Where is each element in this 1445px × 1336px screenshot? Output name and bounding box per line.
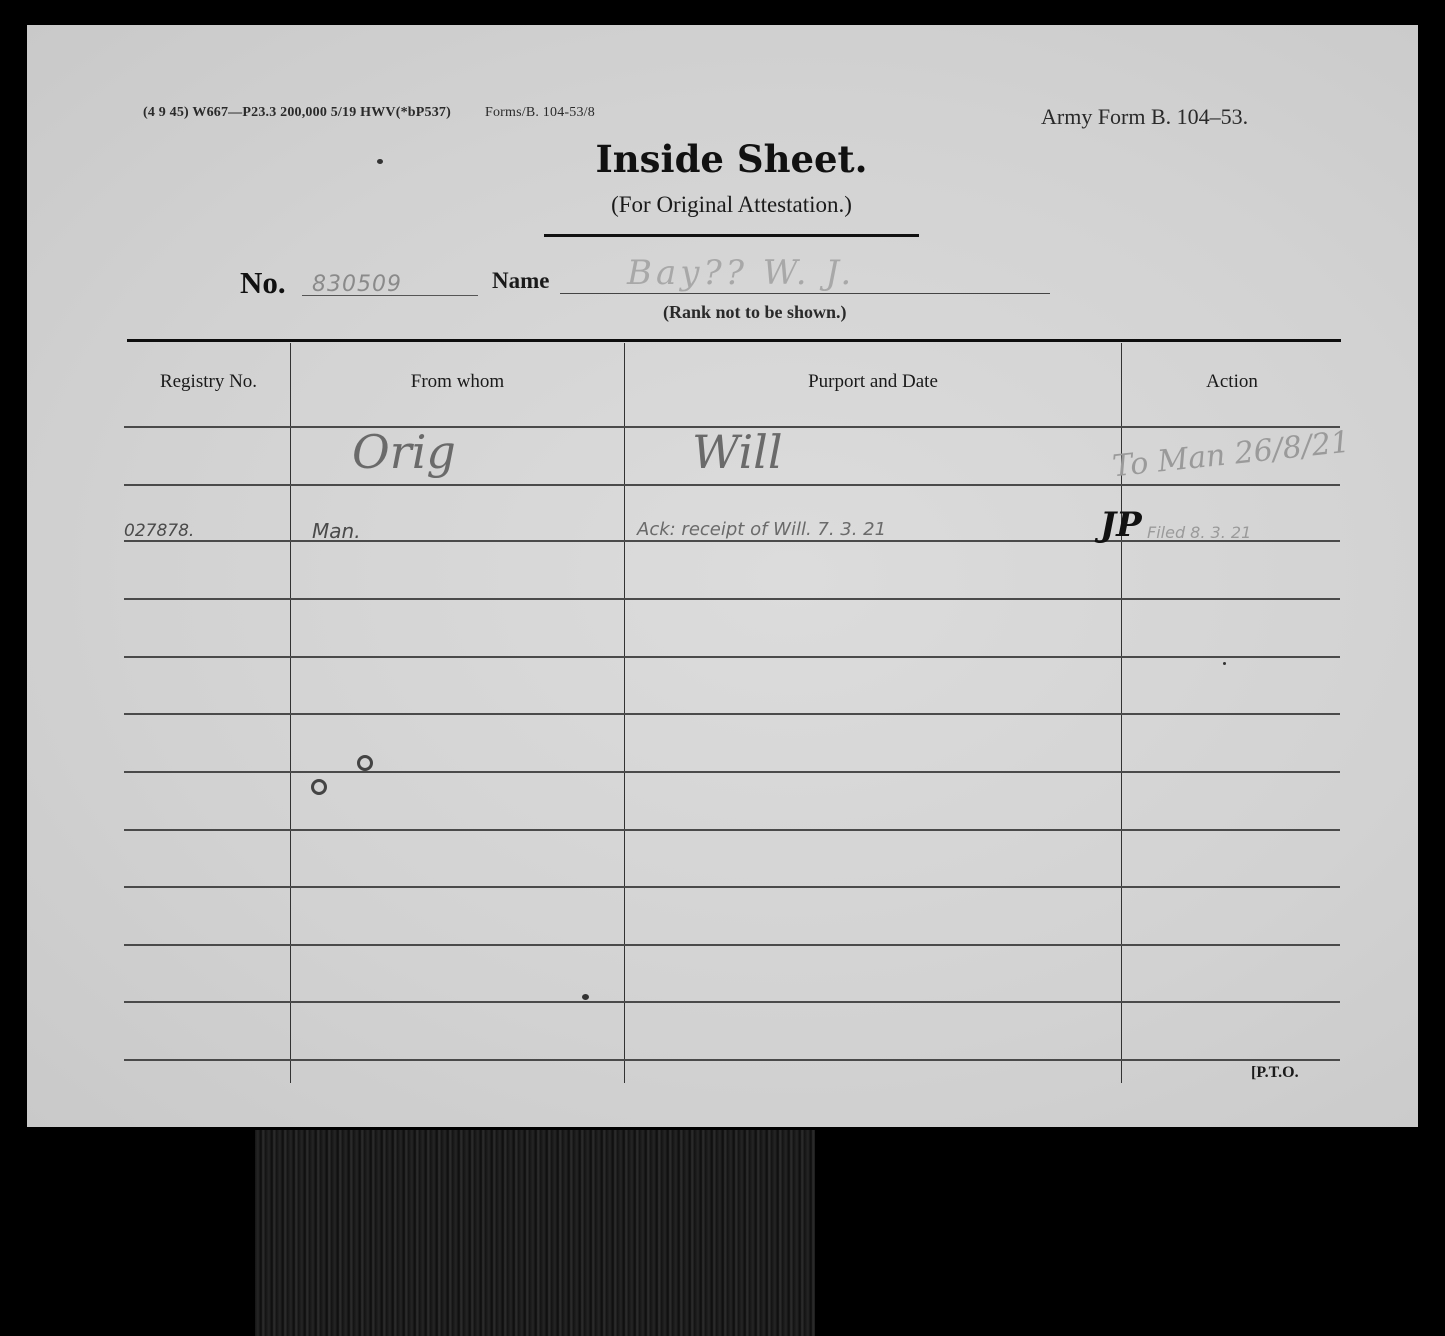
row1-purport: Will: [692, 425, 783, 479]
forms-reference: Forms/B. 104-53/8: [485, 105, 595, 120]
row-line: [124, 886, 1340, 888]
print-code: (4 9 45) W667—P23.3 200,000 5/19 HWV(*bP…: [143, 105, 595, 121]
row-line: [124, 944, 1340, 946]
service-number-value: 830509: [312, 272, 402, 297]
please-turn-over: [P.T.O.: [1251, 1064, 1299, 1082]
row-line: [124, 713, 1340, 715]
name-label: Name: [492, 268, 549, 294]
scan-background-noise: [255, 1130, 815, 1336]
rank-note: (Rank not to be shown.): [663, 302, 847, 323]
header-purport-date: Purport and Date: [625, 371, 1121, 393]
army-form-id: Army Form B. 104–53.: [1041, 104, 1248, 130]
name-value: Bay?? W. J.: [627, 253, 855, 293]
row2-purport: Ack: receipt of Will. 7. 3. 21: [637, 519, 886, 540]
form-sheet: (4 9 45) W667—P23.3 200,000 5/19 HWV(*bP…: [27, 25, 1418, 1127]
stain-mark: [357, 755, 373, 771]
row2-from-whom: Man.: [312, 519, 361, 543]
ink-speck: [1223, 662, 1226, 665]
name-field-line: [560, 293, 1050, 294]
header-action: Action: [1122, 371, 1342, 393]
page-title: Inside Sheet.: [27, 137, 1436, 181]
row1-action: To Man 26/8/21: [1111, 425, 1352, 485]
row2-action: Filed 8. 3. 21: [1147, 523, 1251, 542]
header-from-whom: From whom: [291, 371, 624, 393]
table-top-rule: [127, 339, 1341, 342]
title-underline: [544, 234, 919, 237]
row-line: [124, 1001, 1340, 1003]
row2-action-initials: JP: [1100, 505, 1142, 545]
number-label: No.: [240, 265, 286, 301]
header-registry-no: Registry No.: [127, 371, 290, 393]
row-line: [124, 598, 1340, 600]
row-line: [124, 1059, 1340, 1061]
row-line: [124, 484, 1340, 486]
print-code-text: (4 9 45) W667—P23.3 200,000 5/19 HWV(*bP…: [143, 105, 451, 120]
row2-registry-no: 027878.: [124, 521, 194, 541]
ink-speck: [377, 159, 383, 164]
page-subtitle: (For Original Attestation.): [27, 192, 1436, 218]
row-line: [124, 771, 1340, 773]
stain-mark: [311, 779, 327, 795]
ink-speck: [582, 994, 589, 1000]
row-line: [124, 656, 1340, 658]
row1-from-whom: Orig: [352, 425, 456, 479]
row-line: [124, 829, 1340, 831]
